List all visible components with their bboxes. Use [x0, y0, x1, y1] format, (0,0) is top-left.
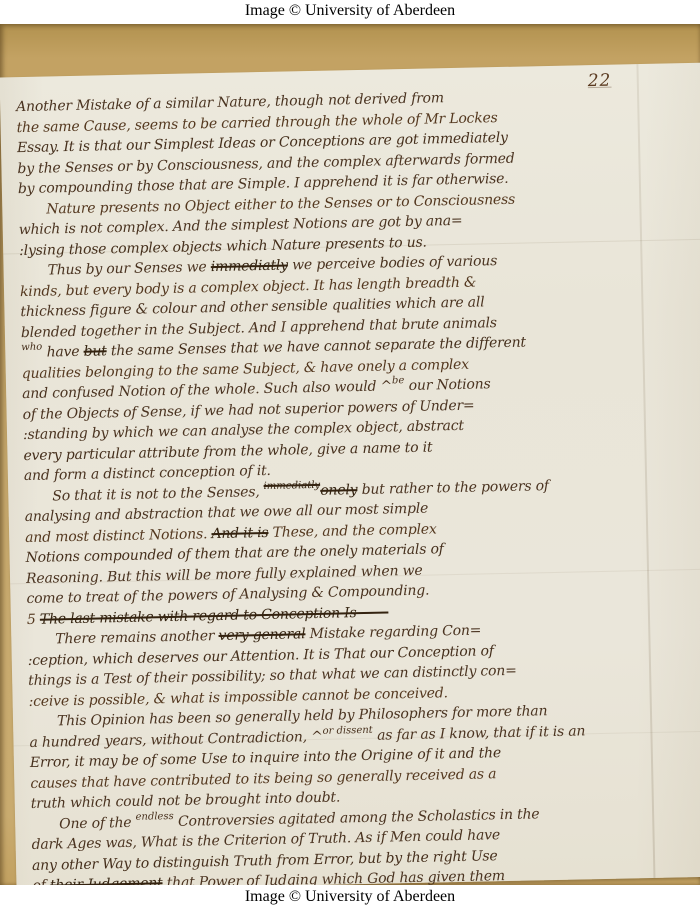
handwritten-text: our Notions	[404, 376, 490, 394]
interlinear-insertion: be	[392, 375, 405, 386]
handwritten-text: These, and the complex	[268, 521, 436, 541]
handwritten-text: have	[42, 344, 84, 361]
manuscript-photo: 22 Another Mistake of a similar Nature, …	[0, 24, 700, 885]
handwritten-text: 5	[27, 611, 40, 627]
struck-text: immediatly	[211, 257, 288, 275]
interlinear-insertion: who	[21, 342, 42, 353]
handwritten-text: and form a distinct conception of it.	[24, 463, 271, 484]
handwritten-text: and most distinct Notions.	[25, 526, 212, 546]
copyright-caption-top: Image © University of Aberdeen	[0, 2, 700, 20]
handwritten-text: Mistake regarding Con=	[305, 623, 481, 643]
handwritten-text: as far as I know, that if it is an	[373, 723, 586, 743]
struck-text: very general	[218, 626, 305, 644]
handwritten-text: but rather to the powers of	[357, 478, 549, 498]
struck-text: but	[83, 343, 106, 359]
handwritten-text: of	[32, 878, 50, 885]
handwritten-text: So that it is not to the Senses,	[52, 484, 264, 504]
copyright-caption-bottom: Image © University of Aberdeen	[0, 888, 700, 906]
handwritten-text: One of the	[59, 814, 136, 832]
handwritten-text: Thus by our Senses we	[47, 259, 211, 278]
manuscript-text: Another Mistake of a similar Nature, tho…	[16, 83, 700, 885]
interlinear-insertion: or dissent	[322, 724, 372, 736]
struck-text: onely	[320, 482, 357, 499]
struck-text: And it is	[211, 524, 268, 541]
struck-text: their Judgement	[50, 875, 163, 885]
struck-text: immediatly	[264, 479, 321, 491]
interlinear-insertion: endless	[135, 810, 173, 822]
handwritten-text: we perceive bodies of various	[288, 253, 498, 273]
manuscript-page: 22 Another Mistake of a similar Nature, …	[0, 63, 700, 885]
handwritten-text: There remains another	[55, 628, 219, 647]
